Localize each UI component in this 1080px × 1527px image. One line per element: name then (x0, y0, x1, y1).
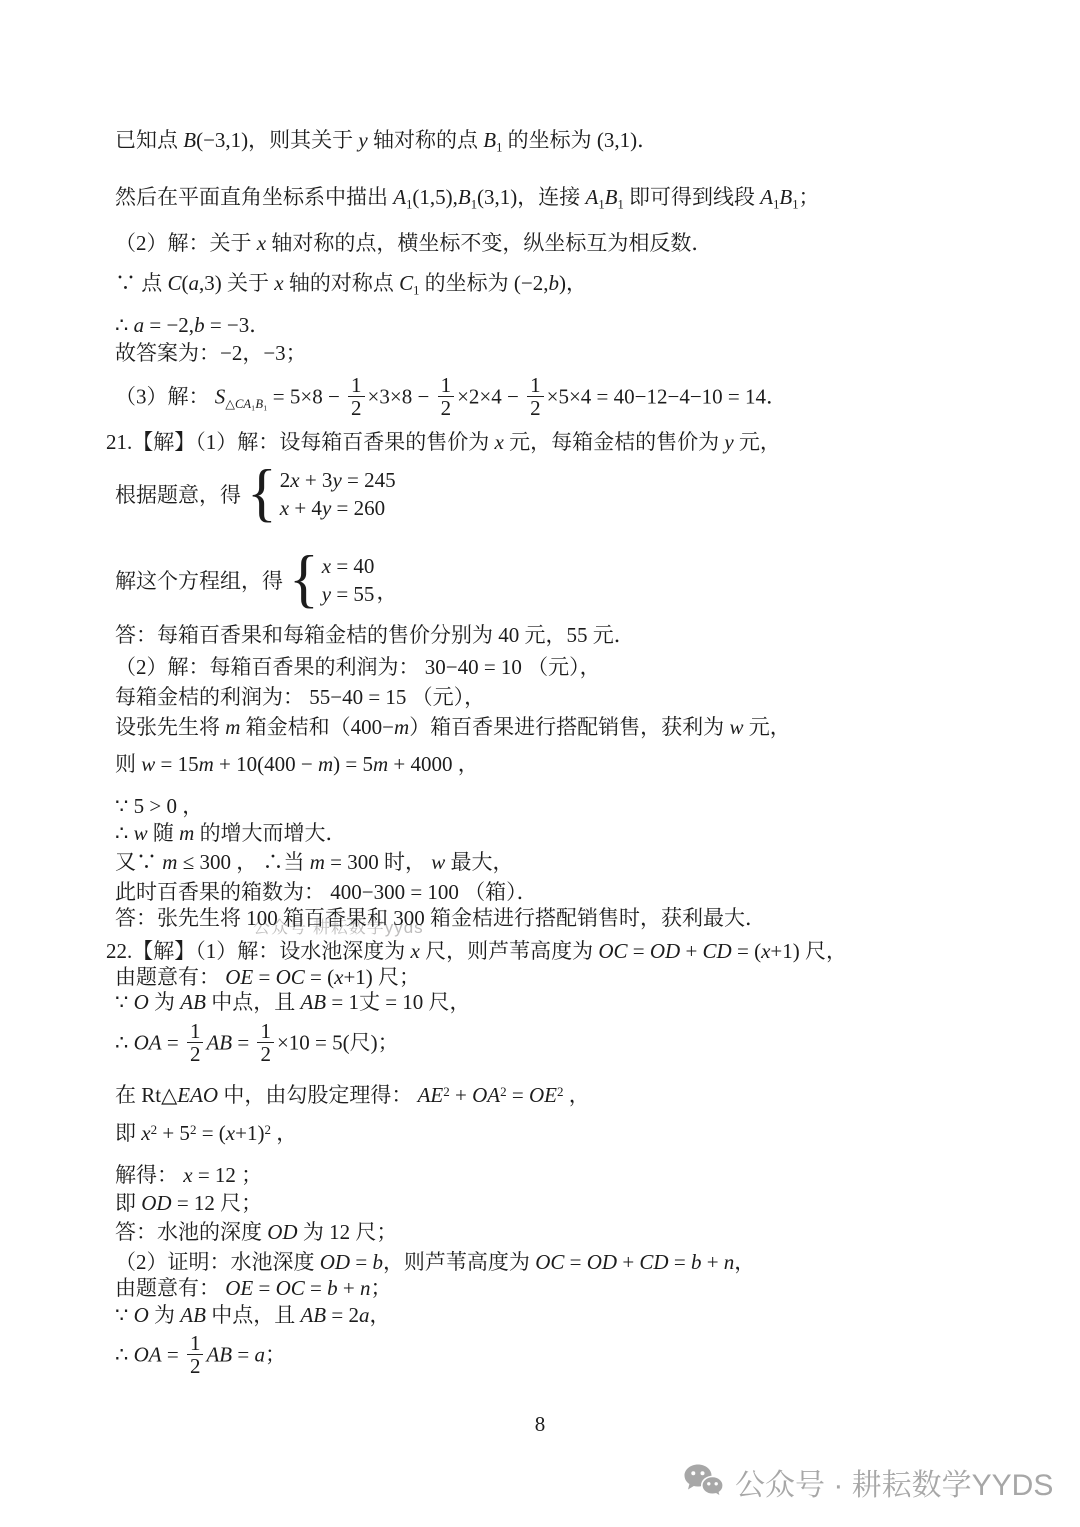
solution-line: 每箱金桔的利润为： 55−40 = 15 （元）， (115, 684, 485, 710)
footer-label: 公众号 · 耕耘数学YYDS (735, 1460, 1053, 1504)
equation: 2x + 3y = 245 (280, 466, 396, 494)
solution-line: 在 Rt△EAO 中，由勾股定理得： AE2 + OA2 = OE2 ， (115, 1079, 590, 1108)
solution-line: 然后在平面直角坐标系中描出 A1(1,5),B1(3,1)，连接 A1B1 即可… (115, 184, 820, 217)
solution-line-area-formula: （3）解： S△CA₁B₁ = 5×8 − 12×3×8 − 12×2×4 − … (115, 376, 787, 421)
equation-system-suffix: ， (376, 576, 397, 606)
equation-system-1: 根据题意，得 { 2x + 3y = 245 x + 4y = 260 (115, 466, 398, 522)
solution-line: （2）证明：水池深度 OD = b，则芦苇高度为 OC = OD + CD = … (115, 1249, 755, 1275)
solution-line: 答：水池的深度 OD 为 12 尺； (115, 1219, 397, 1245)
solution-line: （2）解：每箱百香果的利润为： 30−40 = 10 （元）， (115, 654, 601, 680)
solution-line: 已知点 B(−3,1)，则其关于 y 轴对称的点 B1 的坐标为 (3,1)． (115, 127, 658, 160)
equation: x + 4y = 260 (280, 494, 396, 522)
solution-line: 此时百香果的箱数为： 400−300 = 100 （箱）． (115, 879, 538, 905)
solution-line: （2）解：关于 x 轴对称的点，横坐标不变，纵坐标互为相反数． (115, 230, 712, 256)
solution-line: 答：每箱百香果和每箱金桔的售价分别为 40 元，55 元． (115, 622, 635, 648)
solution-line-fraction: ∴ OA = 12AB = a； (115, 1334, 286, 1379)
solution-line: ∴ w 随 m 的增大而增大． (115, 820, 347, 846)
solution-line-problem-22: 22.【解】（1）解：设水池深度为 x 尺，则芦苇高度为 OC = OD + C… (106, 938, 847, 964)
equation-system-prefix: 解这个方程组，得 (115, 565, 283, 595)
footer: 公众号 · 耕耘数学YYDS (683, 1460, 1053, 1504)
wechat-icon (683, 1463, 725, 1501)
brace-glyph: { (247, 465, 277, 524)
equation: y = 55 (322, 580, 375, 608)
solution-line: ∵ O 为 AB 中点，且 AB = 1丈 = 10 尺， (115, 989, 471, 1015)
brace-glyph: { (289, 551, 319, 610)
solution-line: 设张先生将 m 箱金桔和（400−m）箱百香果进行搭配销售，获利为 w 元， (115, 714, 791, 740)
solution-line: 即 OD = 12 尺； (115, 1190, 262, 1216)
solution-line: ∵ O 为 AB 中点，且 AB = 2a， (115, 1302, 390, 1328)
equation: x = 40 (322, 552, 375, 580)
solution-line-fraction: ∴ OA = 12AB = 12×10 = 5(尺)； (115, 1022, 399, 1067)
page-number: 8 (0, 1412, 1080, 1437)
solution-line-problem-21: 21.【解】（1）解：设每箱百香果的售价为 x 元，每箱金桔的售价为 y 元， (106, 429, 781, 455)
solution-line: ∴ a = −2,b = −3． (115, 312, 270, 338)
solution-line: 故答案为：−2，−3； (115, 340, 307, 366)
solution-line: 解得： x = 12 ； (115, 1162, 262, 1188)
document-page: 已知点 B(−3,1)，则其关于 y 轴对称的点 B1 的坐标为 (3,1)． … (0, 0, 1080, 1527)
solution-line: 答：张先生将 100 箱百香果和 300 箱金桔进行搭配销售时，获利最大． (115, 905, 766, 931)
solution-line: 即 x2 + 52 = (x+1)2 ， (115, 1117, 297, 1146)
equation-system-2: 解这个方程组，得 { x = 40 y = 55 ， (115, 552, 397, 608)
solution-line: 由题意有： OE = OC = b + n； (115, 1275, 391, 1301)
solution-line: ∵ 5 > 0 ， (115, 793, 203, 819)
equation-system-prefix: 根据题意，得 (115, 479, 241, 509)
solution-line: 又∵ m ≤ 300 ， ∴当 m = 300 时， w 最大， (115, 849, 513, 875)
solution-line: ∵ 点 C(a,3) 关于 x 轴的对称点 C1 的坐标为 (−2,b)， (115, 270, 587, 303)
solution-line: 由题意有： OE = OC = (x+1) 尺； (115, 964, 420, 990)
solution-line: 则 w = 15m + 10(400 − m) = 5m + 4000 ， (115, 751, 479, 777)
